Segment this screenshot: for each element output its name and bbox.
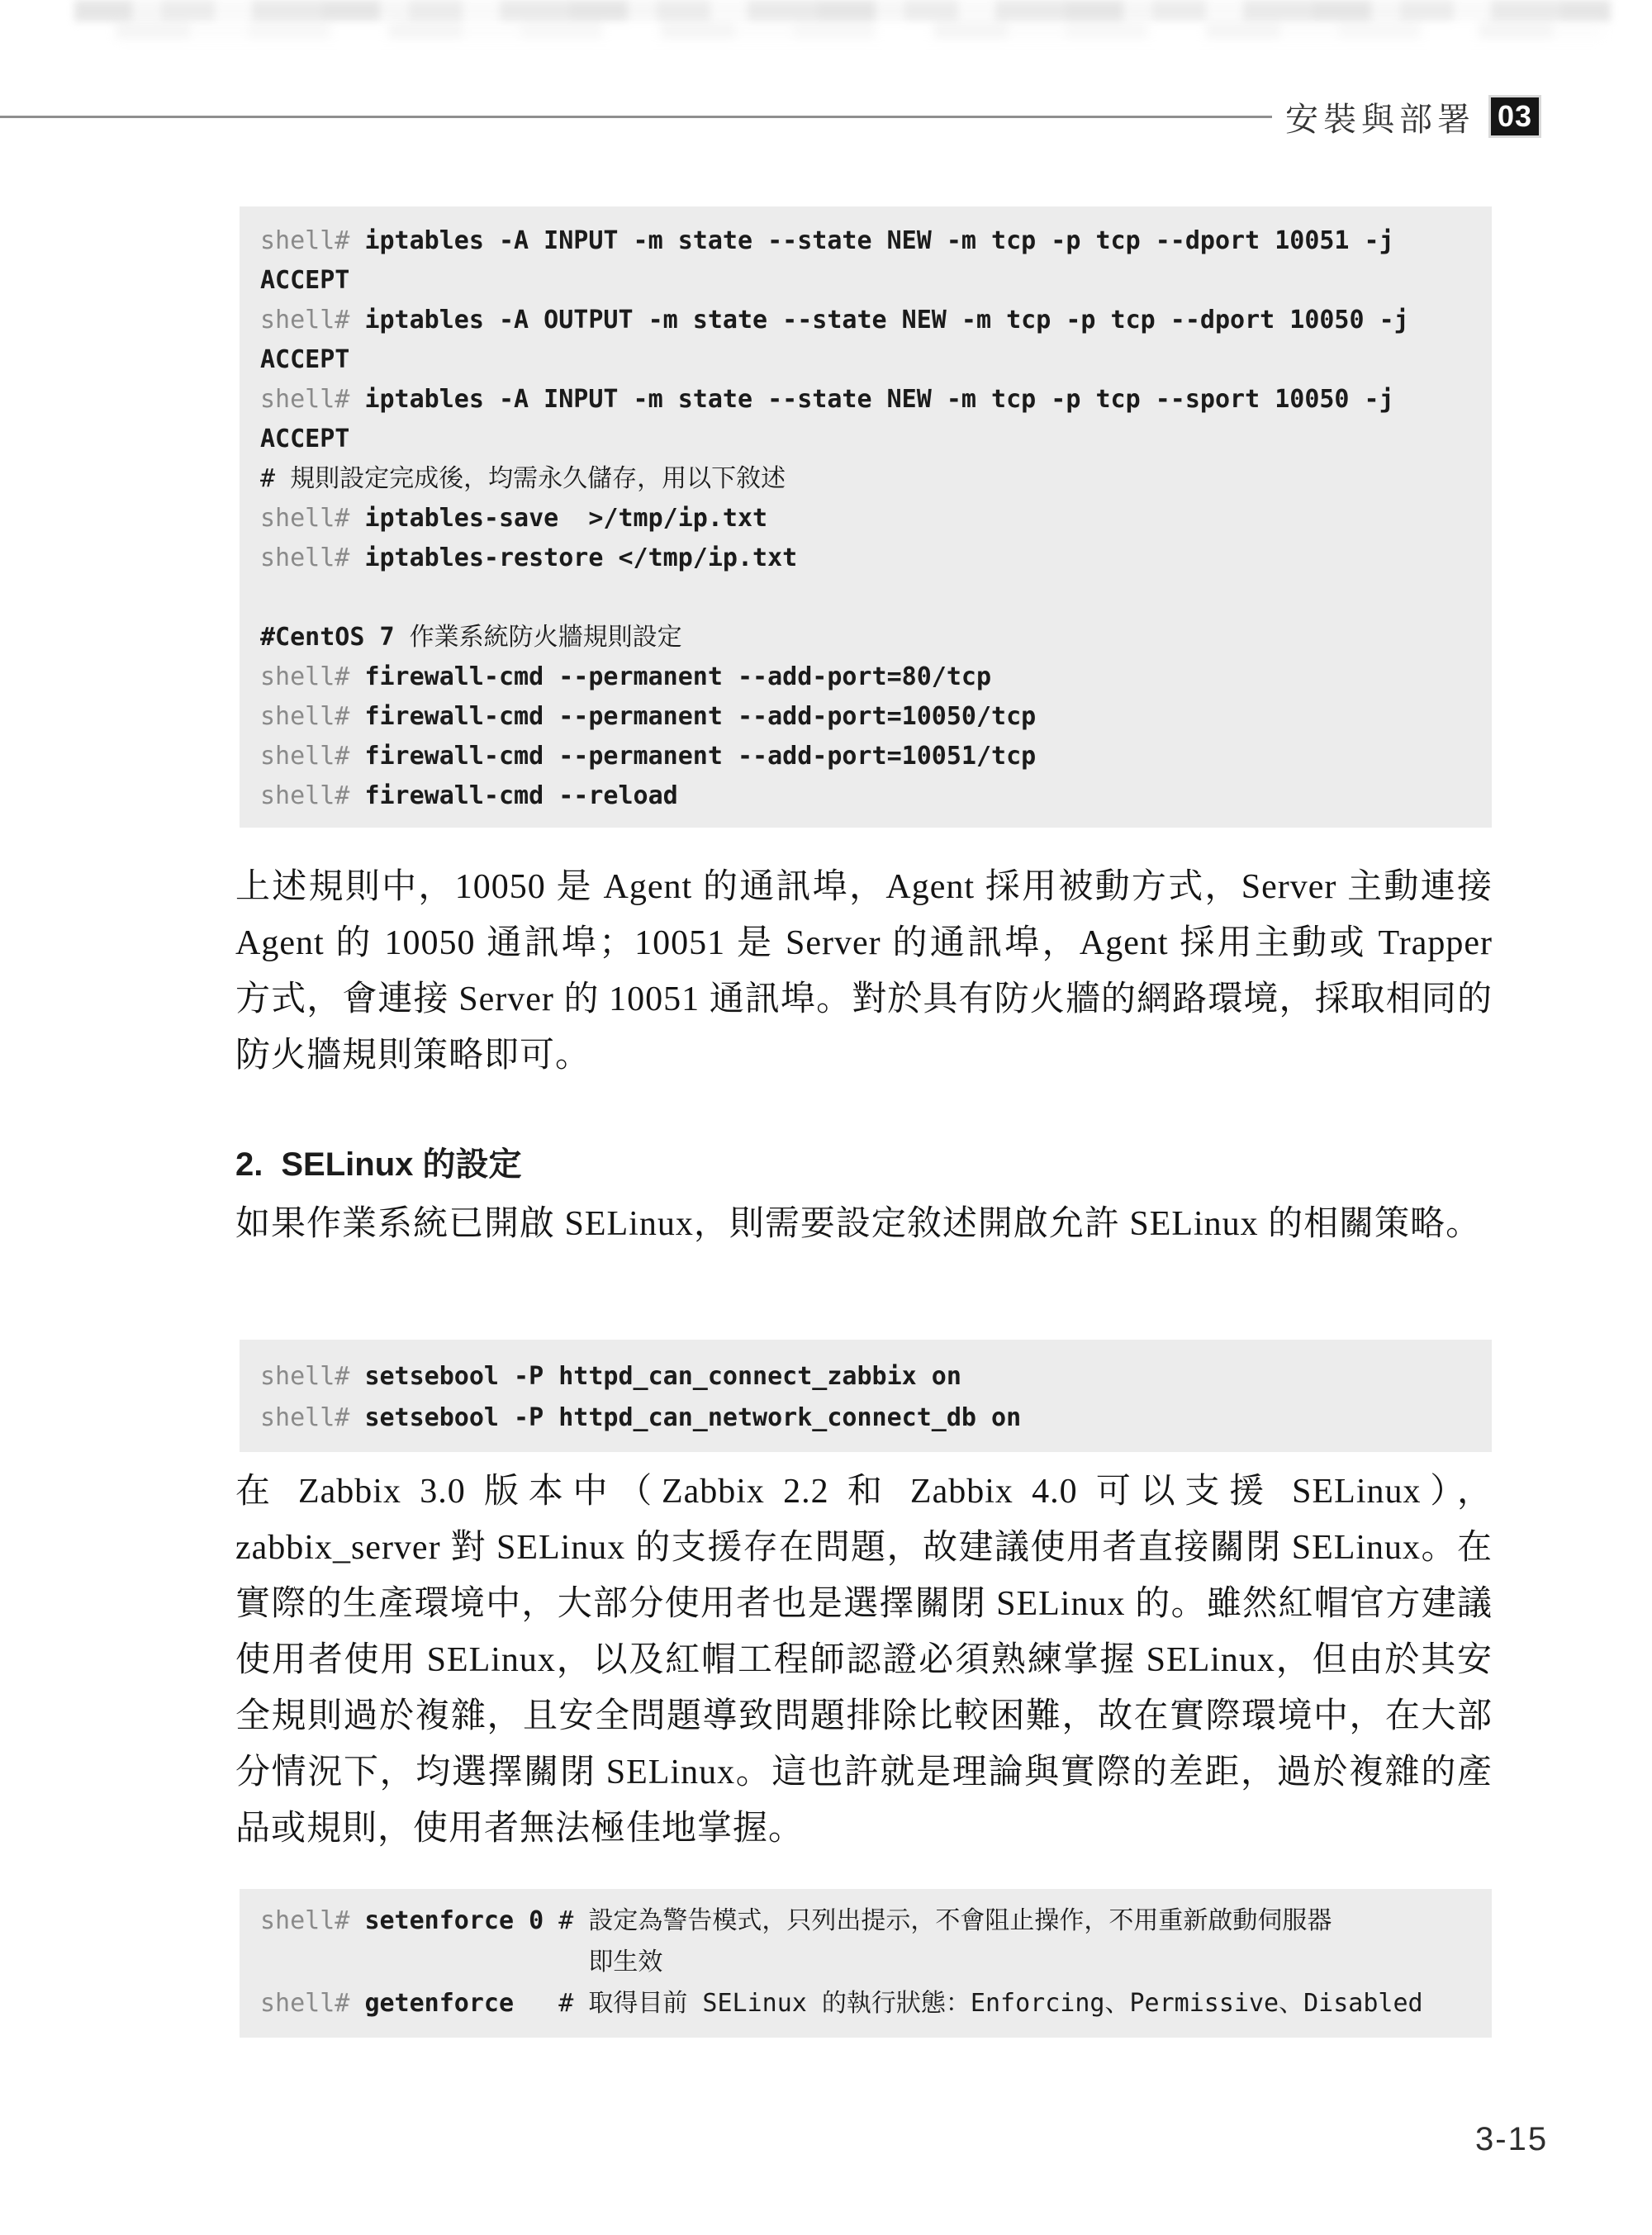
code-line: #CentOS 7 作業系統防火牆規則設定 [260,618,1471,657]
code-segment-prompt: shell# [260,306,364,335]
code-segment-comment: 即生效 [260,1948,662,1976]
code-segment-cmd: firewall-cmd --permanent --add-port=80/t… [364,662,991,691]
code-segment-cmd: setsebool -P httpd_can_network_connect_d… [364,1403,1021,1432]
code-segment-prompt: shell# [260,504,364,533]
code-line: shell# iptables -A OUTPUT -m state --sta… [260,301,1471,340]
paragraph-selinux-discussion: 在 Zabbix 3.0 版本中（Zabbix 2.2 和 Zabbix 4.0… [235,1464,1493,1857]
heading-title: SELinux 的設定 [281,1138,521,1185]
code-segment-prompt: shell# [260,1362,364,1391]
selinux-section-heading: 2. SELinux 的設定 [235,1138,522,1185]
code-segment-cmd: setsebool -P httpd_can_connect_zabbix on [364,1362,961,1391]
code-line: shell# firewall-cmd --permanent --add-po… [260,737,1471,776]
code-segment-comment: # 規則設定完成後，均需永久儲存，用以下敘述 [260,464,786,493]
paragraph-firewall-explanation: 上述規則中，10050 是 Agent 的通訊埠，Agent 採用被動方式，Se… [235,859,1493,1084]
code-segment-prompt: shell# [260,781,364,810]
code-segment-cmd: iptables -A OUTPUT -m state --state NEW … [364,306,1408,335]
code-segment-cmd: iptables -A INPUT -m state --state NEW -… [364,385,1393,414]
code-line: shell# setsebool -P httpd_can_connect_za… [260,1356,1471,1397]
code-line: shell# setenforce 0 # 設定為警告模式，只列出提示，不會阻止… [260,1900,1471,1942]
code-block-iptables: shell# iptables -A INPUT -m state --stat… [240,206,1492,828]
code-segment-cmd: ACCEPT [260,345,349,374]
code-segment-cmd: ACCEPT [260,266,349,295]
code-segment-comment: # 取得目前 SELinux 的執行狀態：Enforcing、Permissiv… [514,1989,1423,2018]
code-line [260,578,1471,618]
code-line: shell# setsebool -P httpd_can_network_co… [260,1397,1471,1439]
code-segment-prompt: shell# [260,226,364,255]
code-line: 即生效 [260,1942,1471,1983]
code-segment-comment: # 設定為警告模式，只列出提示，不會阻止操作，不用重新啟動伺服器 [544,1906,1332,1935]
code-segment-prompt: shell# [260,1403,364,1432]
code-segment-cmd: firewall-cmd --permanent --add-port=1005… [364,702,1036,731]
code-segment-cmd: iptables-restore </tmp/ip.txt [364,543,797,572]
code-line: shell# firewall-cmd --reload [260,776,1471,816]
code-segment-cmd: firewall-cmd --reload [364,781,677,810]
code-segment-prompt: shell# [260,1906,364,1935]
code-segment-cmd: #CentOS 7 [260,623,410,652]
book-page: 安裝與部署 03 shell# iptables -A INPUT -m sta… [0,0,1652,2235]
code-line: shell# getenforce # 取得目前 SELinux 的執行狀態：E… [260,1983,1471,2024]
code-block-setenforce: shell# setenforce 0 # 設定為警告模式，只列出提示，不會阻止… [240,1889,1492,2038]
code-segment-cmd: firewall-cmd --permanent --add-port=1005… [364,742,1036,771]
code-segment-cmd: getenforce [364,1989,514,2018]
code-line: shell# iptables-restore </tmp/ip.txt [260,539,1471,578]
code-line: # 規則設定完成後，均需永久儲存，用以下敘述 [260,459,1471,499]
code-segment-prompt: shell# [260,543,364,572]
code-segment-cmd: iptables-save >/tmp/ip.txt [364,504,767,533]
code-segment-cmd: setenforce 0 [364,1906,544,1935]
code-segment-cmd: ACCEPT [260,425,349,453]
code-line: shell# iptables -A INPUT -m state --stat… [260,221,1471,261]
chapter-title: 安裝與部署 [1285,93,1475,140]
scan-artifact [116,22,1602,39]
code-segment-prompt: shell# [260,385,364,414]
code-block-setsebool: shell# setsebool -P httpd_can_connect_za… [240,1340,1492,1452]
code-line: ACCEPT [260,420,1471,459]
heading-number: 2. [235,1146,263,1184]
paragraph-selinux-intro: 如果作業系統已開啟 SELinux，則需要設定敘述開啟允許 SELinux 的相… [235,1196,1493,1252]
page-header: 安裝與部署 03 [0,86,1541,147]
code-segment-prompt: shell# [260,1989,364,2018]
code-segment-prompt: shell# [260,702,364,731]
code-line: ACCEPT [260,340,1471,380]
code-line: shell# firewall-cmd --permanent --add-po… [260,657,1471,697]
scan-artifact [74,0,1611,21]
chapter-number-badge: 03 [1488,95,1541,138]
code-line: shell# iptables -A INPUT -m state --stat… [260,380,1471,420]
code-segment-prompt: shell# [260,662,364,691]
code-segment-cmd: iptables -A INPUT -m state --state NEW -… [364,226,1393,255]
code-line: ACCEPT [260,261,1471,301]
code-line: shell# iptables-save >/tmp/ip.txt [260,499,1471,539]
code-segment-comment: 作業系統防火牆規則設定 [410,623,682,652]
header-rule [0,116,1272,118]
page-number: 3-15 [1475,2121,1548,2158]
code-line: shell# firewall-cmd --permanent --add-po… [260,697,1471,737]
code-segment-prompt: shell# [260,742,364,771]
